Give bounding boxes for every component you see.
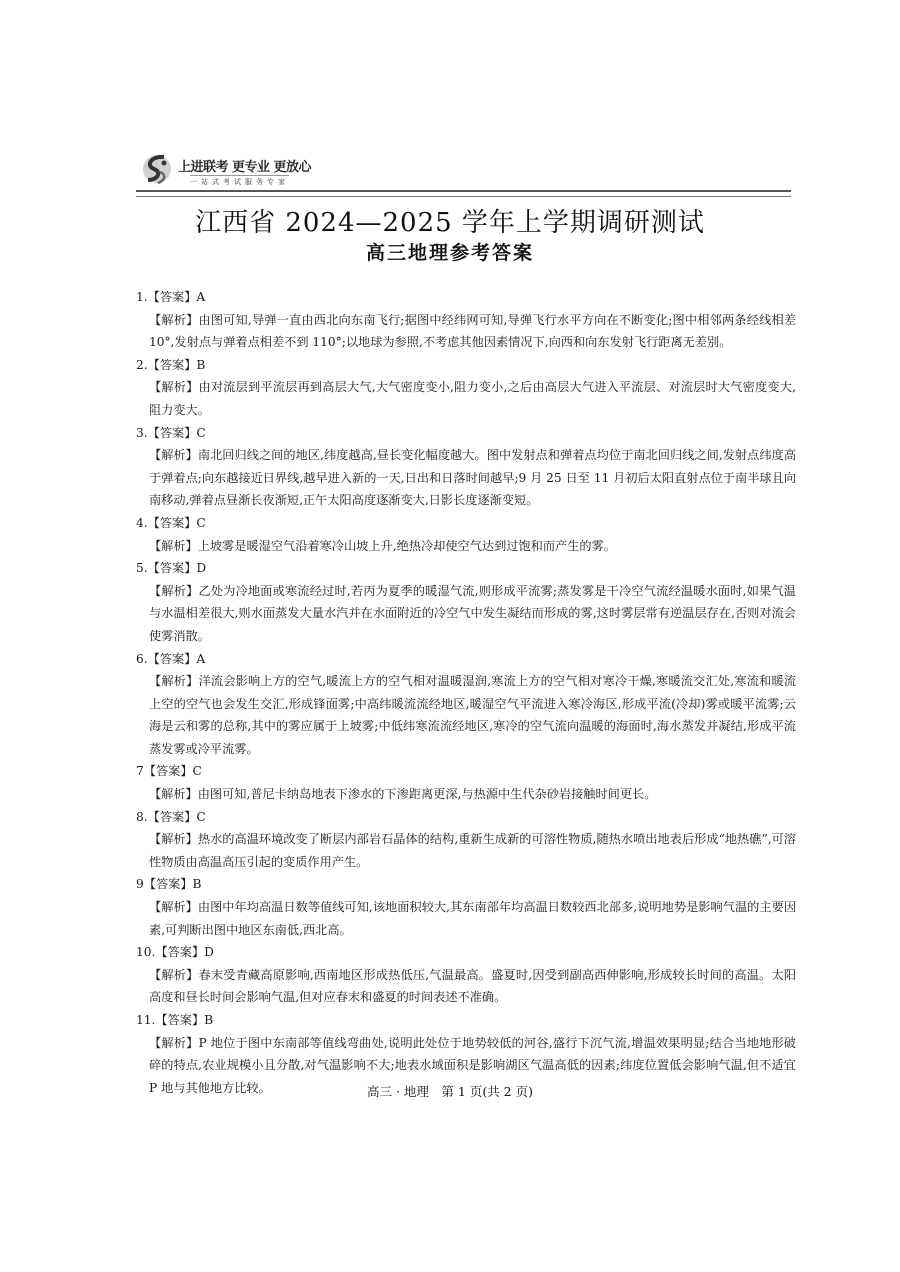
answer-label: 【答案】 [148, 358, 197, 372]
analysis-text: 热水的高温环境改变了断层内部岩石晶体的结构,重新生成新的可溶性物质,随热水喷出地… [149, 832, 796, 869]
header-divider [136, 190, 791, 197]
item-number: 9 [136, 877, 144, 891]
analysis-label: 【解析】 [149, 448, 198, 462]
item-number: 1. [136, 290, 148, 304]
analysis-label: 【解析】 [149, 539, 198, 553]
answer-label: 【答案】 [148, 652, 197, 666]
analysis-label: 【解析】 [149, 900, 198, 914]
answer-item: 7【答案】C 【解析】由图可知,普尼卡纳岛地表下渗水的下渗距离更深,与热源中生代… [136, 760, 796, 805]
analysis-text: 由图可知,导弹一直由西北向东南飞行;据图中经纬网可知,导弹飞行水平方向在不断变化… [149, 313, 796, 350]
analysis-text: 春末受青藏高原影响,西南地区形成热低压,气温最高。盛夏时,因受到副高西伸影响,形… [149, 968, 796, 1005]
analysis-text: 南北回归线之间的地区,纬度越高,昼长变化幅度越大。图中发射点和弹着点均位于南北回… [149, 448, 796, 507]
analysis-text: 由图可知,普尼卡纳岛地表下渗水的下渗距离更深,与热源中生代杂砂岩接触时间更长。 [198, 787, 657, 801]
item-number: 3. [136, 426, 148, 440]
brand-tagline: 一站式考试服务专家 [190, 175, 289, 187]
document-subtitle: 高三地理参考答案 [0, 238, 900, 265]
analysis-label: 【解析】 [149, 832, 198, 846]
analysis-label: 【解析】 [149, 313, 198, 327]
answer-value: C [196, 810, 205, 824]
answer-value: B [193, 877, 202, 891]
analysis-label: 【解析】 [149, 1036, 198, 1050]
analysis-label: 【解析】 [149, 584, 198, 598]
answer-item: 6.【答案】A 【解析】洋流会影响上方的空气,暖流上方的空气相对温暖湿润,寒流上… [136, 648, 796, 761]
answer-value: D [204, 945, 214, 959]
analysis-text: 洋流会影响上方的空气,暖流上方的空气相对温暖湿润,寒流上方的空气相对寒冷干燥,寒… [149, 674, 796, 756]
answer-list: 1.【答案】A 【解析】由图可知,导弹一直由西北向东南飞行;据图中经纬网可知,导… [136, 286, 796, 1099]
analysis-label: 【解析】 [149, 968, 199, 982]
answer-value: D [196, 561, 206, 575]
page-footer: 高三 · 地理 第 1 页(共 2 页) [0, 1082, 900, 1100]
item-number: 6. [136, 652, 148, 666]
answer-label: 【答案】 [144, 764, 193, 778]
item-number: 7 [136, 764, 144, 778]
answer-item: 8.【答案】C 【解析】热水的高温环境改变了断层内部岩石晶体的结构,重新生成新的… [136, 806, 796, 874]
analysis-label: 【解析】 [149, 674, 199, 688]
answer-label: 【答案】 [155, 1013, 204, 1027]
analysis-label: 【解析】 [149, 787, 198, 801]
item-number: 5. [136, 561, 148, 575]
answer-label: 【答案】 [155, 945, 204, 959]
answer-value: B [196, 358, 205, 372]
analysis-label: 【解析】 [149, 380, 199, 394]
item-number: 4. [136, 516, 148, 530]
item-number: 8. [136, 810, 148, 824]
answer-label: 【答案】 [148, 516, 197, 530]
answer-item: 1.【答案】A 【解析】由图可知,导弹一直由西北向东南飞行;据图中经纬网可知,导… [136, 286, 796, 354]
item-number: 10. [136, 945, 155, 959]
answer-item: 4.【答案】C 【解析】上坡雾是暖湿空气沿着寒冷山坡上升,绝热冷却使空气达到过饱… [136, 512, 796, 557]
answer-item: 3.【答案】C 【解析】南北回归线之间的地区,纬度越高,昼长变化幅度越大。图中发… [136, 422, 796, 512]
answer-label: 【答案】 [148, 290, 197, 304]
answer-value: A [196, 290, 205, 304]
publisher-header: 上进联考 更专业 更放心 一站式考试服务专家 [136, 150, 791, 194]
analysis-text: 由图中年均高温日数等值线可知,该地面积较大,其东南部年均高温日数较西北部多,说明… [149, 900, 796, 937]
answer-label: 【答案】 [148, 561, 197, 575]
answer-value: B [204, 1013, 213, 1027]
answer-value: C [196, 516, 205, 530]
item-number: 2. [136, 358, 148, 372]
analysis-text: 上坡雾是暖湿空气沿着寒冷山坡上升,绝热冷却使空气达到过饱和而产生的雾。 [198, 539, 616, 553]
item-number: 11. [136, 1013, 155, 1027]
answer-label: 【答案】 [148, 426, 197, 440]
document-title: 江西省 2024—2025 学年上学期调研测试 [0, 202, 900, 239]
answer-item: 9【答案】B 【解析】由图中年均高温日数等值线可知,该地面积较大,其东南部年均高… [136, 873, 796, 941]
answer-value: A [196, 652, 205, 666]
answer-label: 【答案】 [148, 810, 197, 824]
answer-item: 2.【答案】B 【解析】由对流层到平流层再到高层大气,大气密度变小,阻力变小,之… [136, 354, 796, 422]
answer-value: C [196, 426, 205, 440]
brand-slogan: 上进联考 更专业 更放心 [178, 156, 311, 175]
analysis-text: 由对流层到平流层再到高层大气,大气密度变小,阻力变小,之后由高层大气进入平流层、… [149, 380, 796, 417]
analysis-text: 乙处为冷地面或寒流经过时,若丙为夏季的暖湿气流,则形成平流雾;蒸发雾是干冷空气流… [149, 584, 796, 643]
brand-swirl-logo-icon [142, 152, 172, 186]
answer-item: 10.【答案】D 【解析】春末受青藏高原影响,西南地区形成热低压,气温最高。盛夏… [136, 941, 796, 1009]
answer-label: 【答案】 [144, 877, 193, 891]
answer-value: C [193, 764, 202, 778]
answer-item: 5.【答案】D 【解析】乙处为冷地面或寒流经过时,若丙为夏季的暖湿气流,则形成平… [136, 557, 796, 647]
